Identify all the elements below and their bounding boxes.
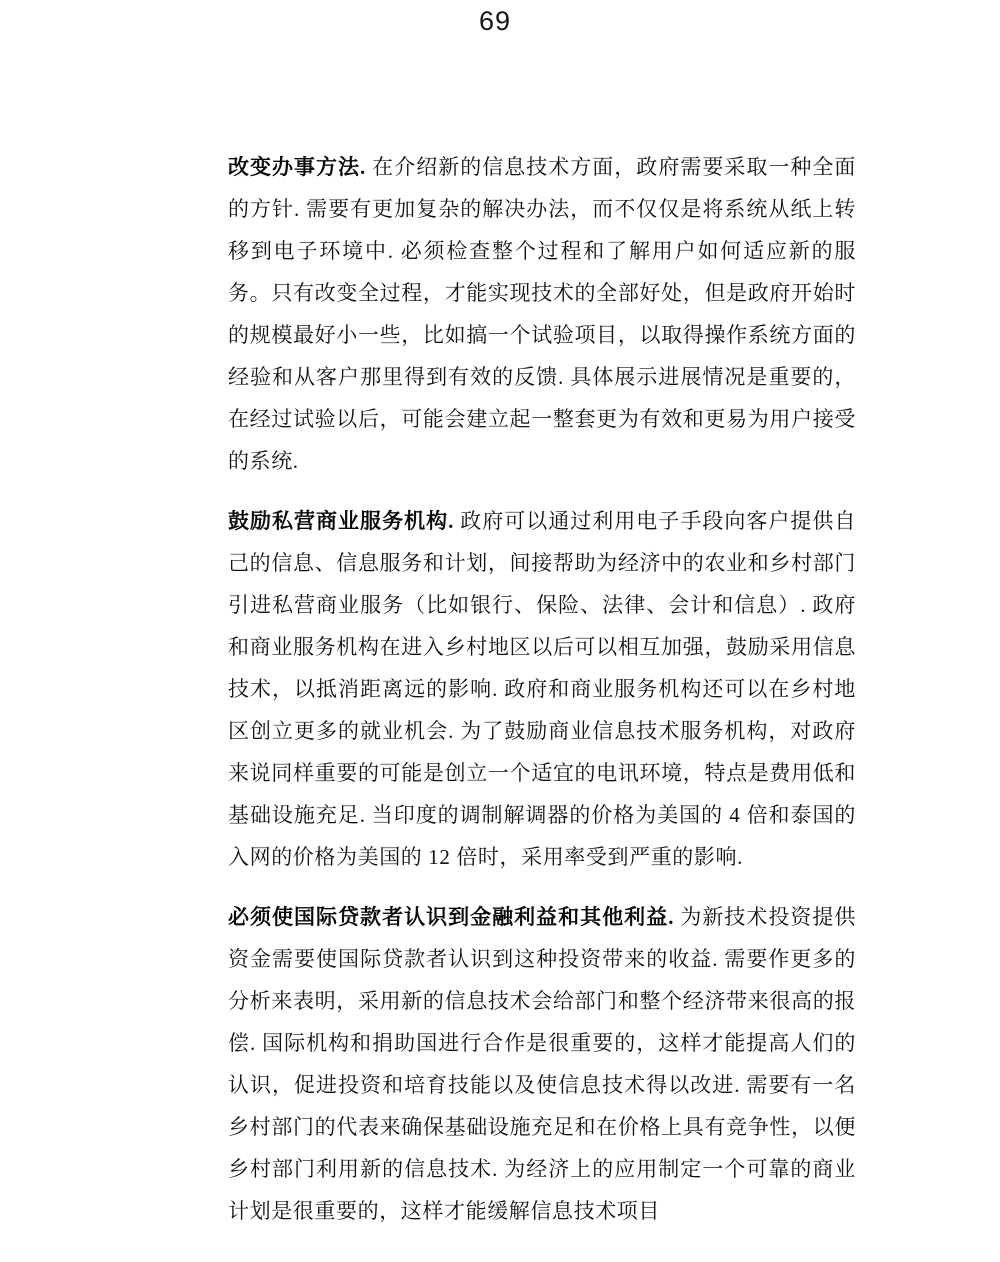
paragraph-heading: 改变办事方法. [228, 155, 366, 179]
page-content: 改变办事方法. 在介绍新的信息技术方面，政府需要采取一种全面的方针. 需要有更加… [228, 146, 856, 1250]
page-number: 69 [0, 6, 990, 37]
paragraph-international-lenders: 必须使国际贷款者认识到金融利益和其他利益. 为新技术投资提供资金需要使国际贷款者… [228, 896, 856, 1232]
paragraph-body: 为新技术投资提供资金需要使国际贷款者认识到这种投资带来的收益. 需要作更多的分析… [228, 905, 856, 1223]
paragraph-heading: 鼓励私营商业服务机构. [228, 509, 454, 533]
paragraph-body: 政府可以通过利用电子手段向客户提供自己的信息、信息服务和计划，间接帮助为经济中的… [228, 509, 856, 869]
paragraph-body: 在介绍新的信息技术方面，政府需要采取一种全面的方针. 需要有更加复杂的解决办法，… [228, 155, 856, 473]
paragraph-change-methods: 改变办事方法. 在介绍新的信息技术方面，政府需要采取一种全面的方针. 需要有更加… [228, 146, 856, 482]
paragraph-heading: 必须使国际贷款者认识到金融利益和其他利益. [228, 905, 674, 929]
paragraph-encourage-private-services: 鼓励私营商业服务机构. 政府可以通过利用电子手段向客户提供自己的信息、信息服务和… [228, 500, 856, 878]
scanned-document-page: 69 改变办事方法. 在介绍新的信息技术方面，政府需要采取一种全面的方针. 需要… [0, 0, 1000, 1262]
